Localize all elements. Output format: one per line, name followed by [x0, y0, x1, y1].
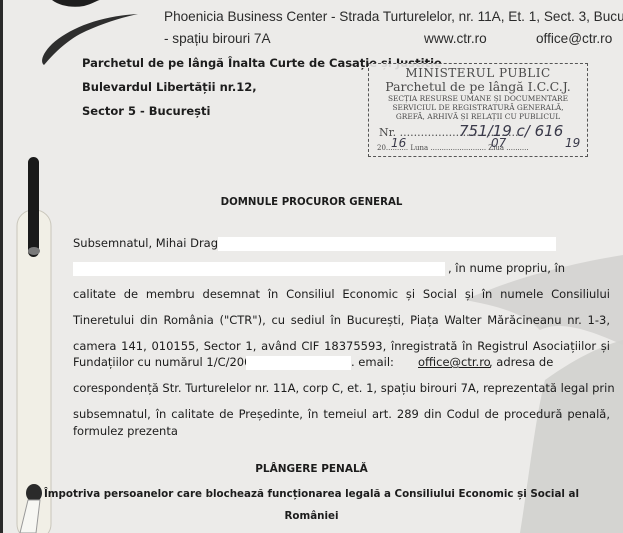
- body-line8: subsemnatul, în calitate de Președinte, …: [73, 407, 610, 421]
- complaint-subtitle-line1: Împotriva persoanelor care blochează fun…: [0, 488, 623, 500]
- photo-edge: [0, 0, 3, 533]
- redacted-block: [246, 356, 351, 370]
- recipient-line2: Bulevardul Libertății nr.12,: [82, 80, 257, 94]
- document-page: Phoenicia Business Center - Strada Turtu…: [0, 0, 623, 533]
- body-line6-mid: . email:: [351, 355, 394, 369]
- stamp-day: 19: [565, 136, 580, 150]
- redacted-block: [218, 237, 556, 251]
- stamp-line4: SERVICIUL DE REGISTRATURĂ GENERALĂ,: [369, 103, 587, 112]
- stamp-line3: SECȚIA RESURSE UMANE ȘI DOCUMENTARE: [369, 94, 587, 103]
- body-line1: Subsemnatul, Mihai Dragoș,: [73, 236, 235, 250]
- stamp-year: 16: [391, 136, 406, 150]
- letterhead-email: office@ctr.ro: [536, 31, 612, 46]
- body-line6-start: Fundațiilor cu numărul 1/C/2006,: [73, 355, 262, 369]
- stamp-month: 07: [491, 136, 506, 150]
- complaint-title: PLÂNGERE PENALĂ: [0, 463, 623, 475]
- body-line5: camera 141, 010155, Sector 1, având CIF …: [73, 339, 610, 353]
- registration-stamp: MINISTERUL PUBLIC Parchetul de pe lângă …: [368, 63, 588, 157]
- recipient-line3: Sector 5 - București: [82, 104, 210, 118]
- binder-clip-graphic: [10, 155, 55, 533]
- email-link[interactable]: office@ctr.ro: [418, 355, 491, 369]
- salutation-heading: DOMNULE PROCUROR GENERAL: [0, 197, 623, 208]
- body-line6-end: , adresa de: [489, 355, 553, 369]
- body-line3: calitate de membru desemnat în Consiliul…: [73, 287, 610, 301]
- letterhead-address-line2: - spațiu birouri 7A: [164, 31, 271, 46]
- body-line7: corespondență Str. Turturelelor nr. 11A,…: [73, 381, 610, 395]
- stamp-line2: Parchetul de pe lângă I.C.C.J.: [369, 79, 587, 94]
- letterhead-website: www.ctr.ro: [424, 31, 487, 46]
- stamp-line5: GREFĂ, ARHIVĂ ȘI RELAȚII CU PUBLICUL: [369, 112, 587, 121]
- letterhead-address-line1: Phoenicia Business Center - Strada Turtu…: [164, 9, 623, 24]
- body-line4: Tineretului din România ("CTR"), cu sedi…: [73, 313, 610, 327]
- stamp-nr-value: 751/19 c/ 616: [459, 122, 563, 140]
- body-line9: formulez prezenta: [73, 424, 178, 438]
- body-line2: , în nume propriu, în: [448, 261, 565, 275]
- complaint-subtitle-line2: României: [0, 510, 623, 522]
- redacted-block: [73, 262, 445, 276]
- stamp-line1: MINISTERUL PUBLIC: [369, 66, 587, 80]
